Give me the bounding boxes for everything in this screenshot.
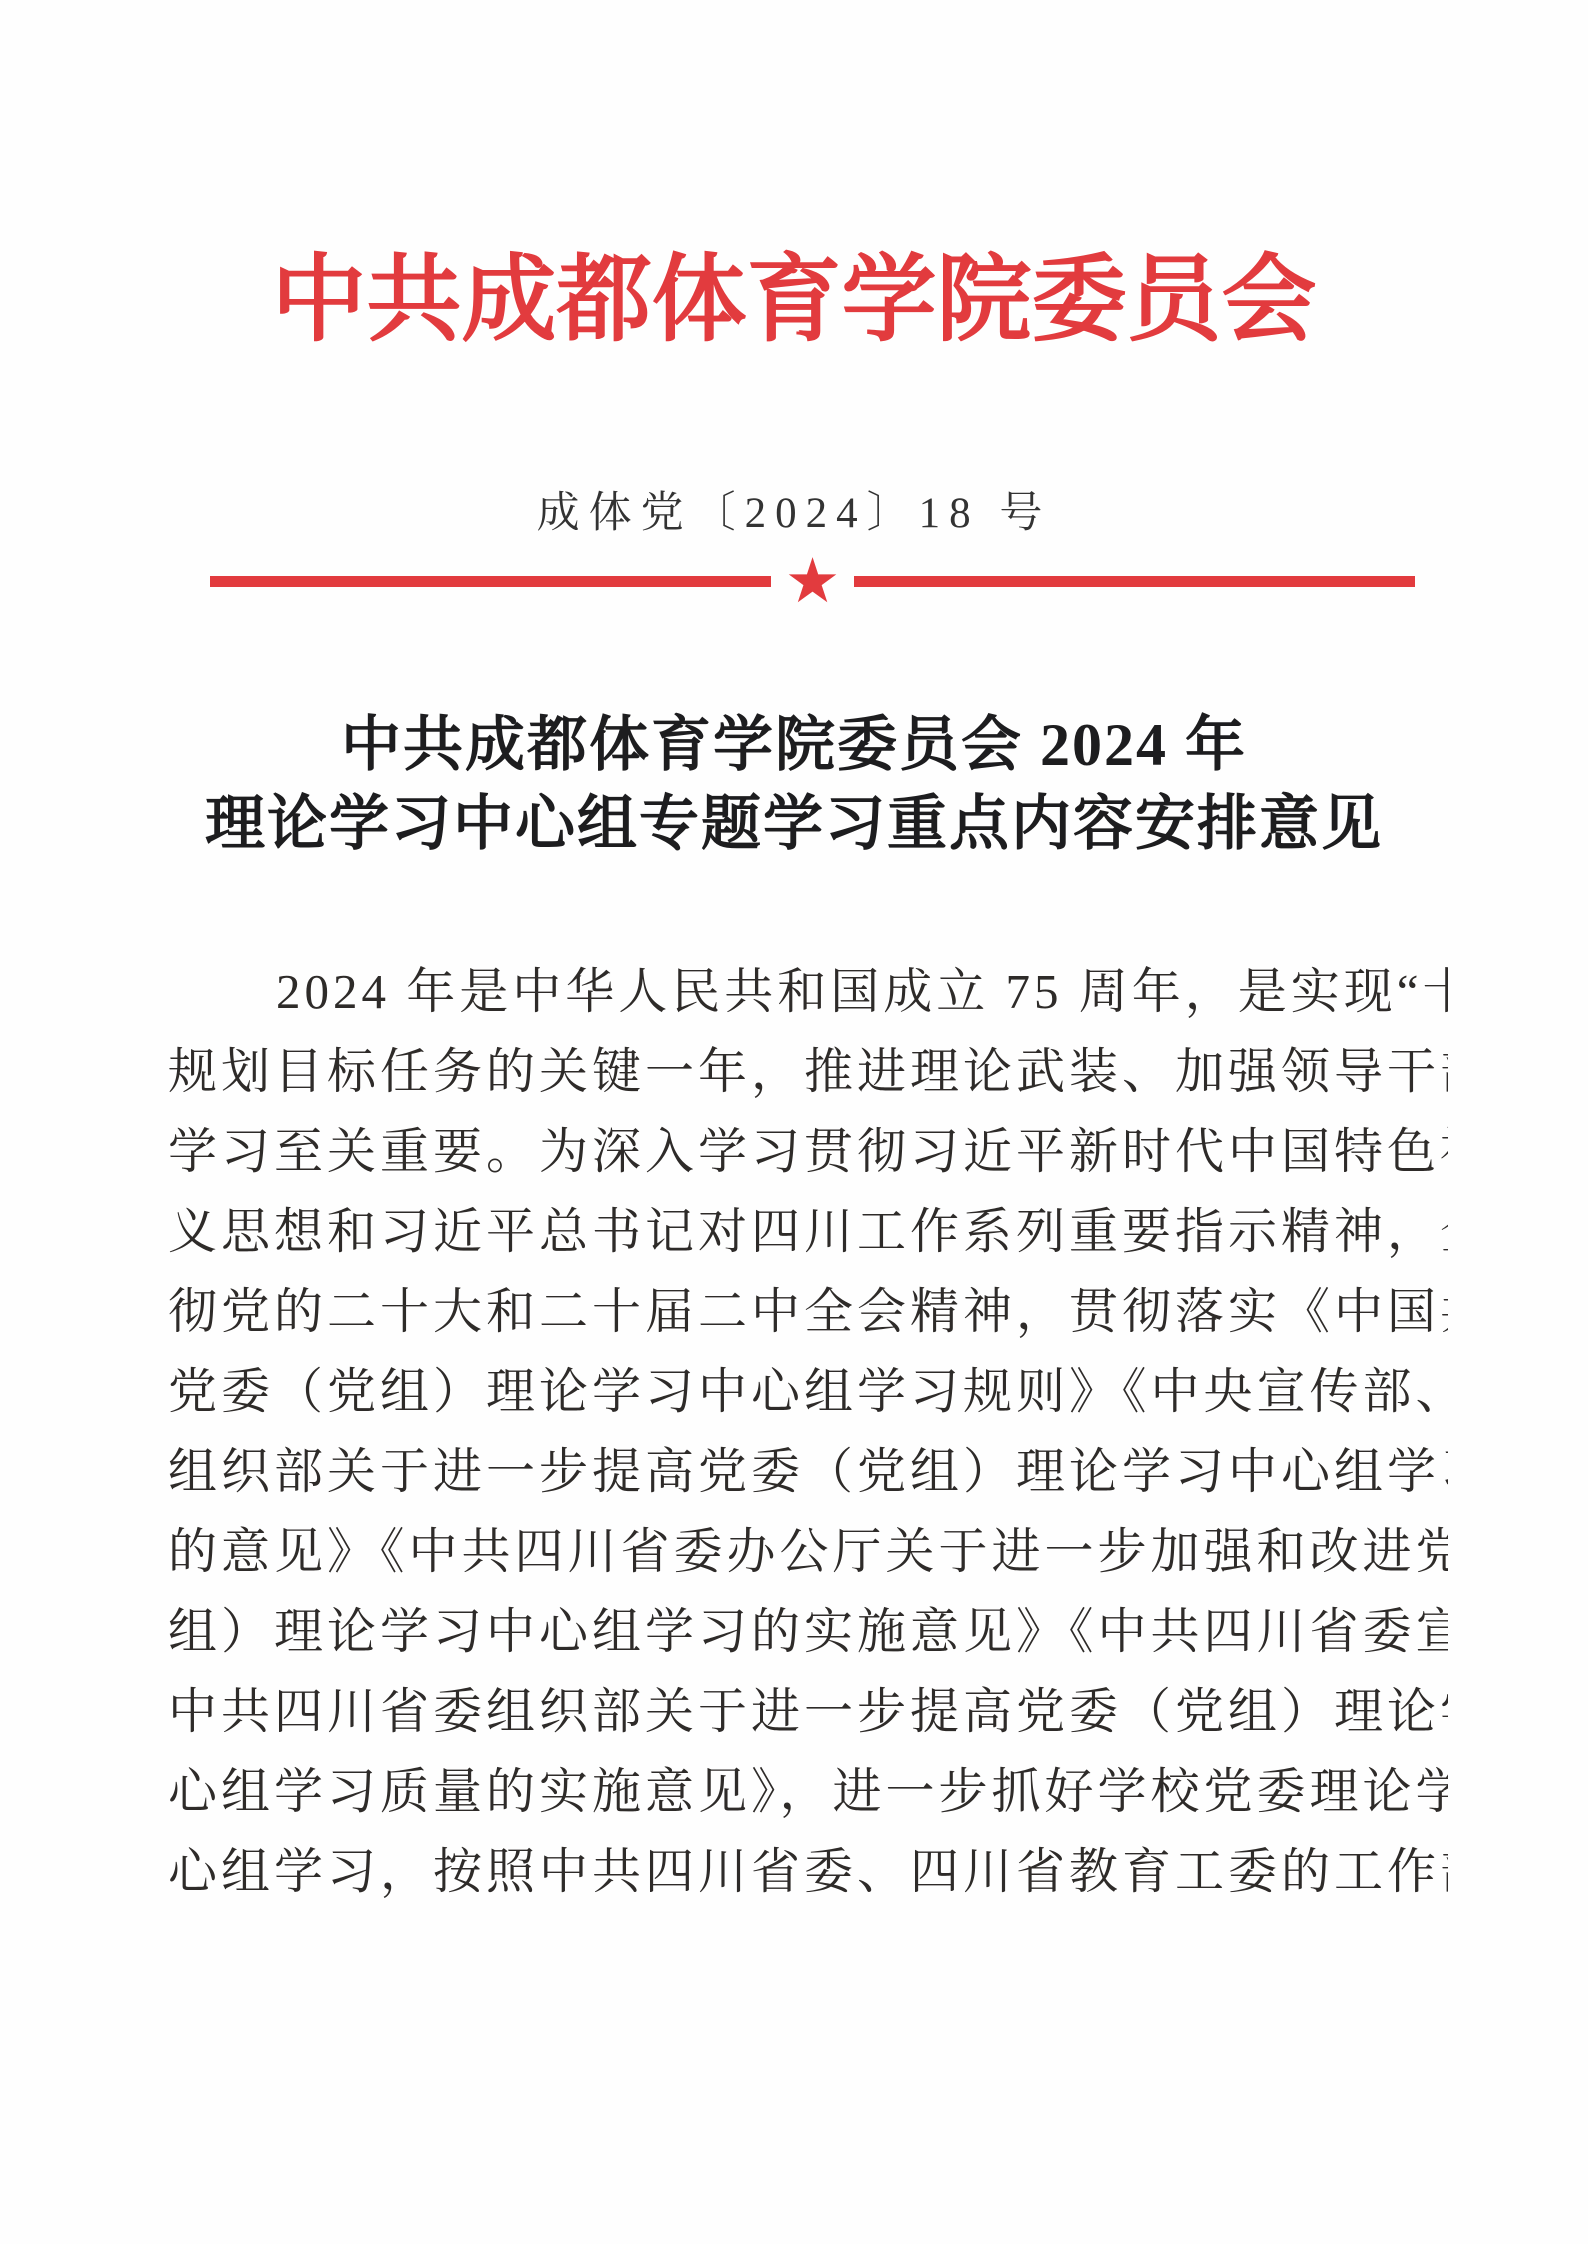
- red-divider: ★: [210, 552, 1415, 610]
- body-line: 中共四川省委组织部关于进一步提高党委（党组）理论学习中: [168, 1672, 1448, 1752]
- document-title: 中共成都体育学院委员会 2024 年 理论学习中心组专题学习重点内容安排意见: [0, 706, 1588, 864]
- document-page: 中共成都体育学院委员会 成体党〔2024〕18 号 ★ 中共成都体育学院委员会 …: [0, 0, 1588, 2244]
- star-icon: ★: [785, 552, 841, 610]
- document-title-line-2: 理论学习中心组专题学习重点内容安排意见: [0, 785, 1588, 864]
- divider-line-right: [854, 576, 1415, 587]
- body-line: 的意见》《中共四川省委办公厅关于进一步加强和改进党委（党: [168, 1512, 1448, 1592]
- body-line: 学习至关重要。为深入学习贯彻习近平新时代中国特色社会主: [168, 1112, 1448, 1192]
- issuing-authority-header: 中共成都体育学院委员会: [0, 244, 1588, 356]
- body-line: 规划目标任务的关键一年，推进理论武装、加强领导干部理论: [168, 1032, 1448, 1112]
- divider-line-left: [210, 576, 771, 587]
- body-line: 党委（党组）理论学习中心组学习规则》《中央宣传部、中央: [168, 1352, 1448, 1432]
- body-line: 义思想和习近平总书记对四川工作系列重要指示精神，全面贯: [168, 1192, 1448, 1272]
- body-line: 组）理论学习中心组学习的实施意见》《中共四川省委宣传部、: [168, 1592, 1448, 1672]
- document-body: 2024 年是中华人民共和国成立 75 周年，是实现“十四五” 规划目标任务的关…: [168, 952, 1448, 1912]
- body-line: 2024 年是中华人民共和国成立 75 周年，是实现“十四五”: [168, 952, 1448, 1032]
- body-line: 心组学习质量的实施意见》，进一步抓好学校党委理论学习中: [168, 1752, 1448, 1832]
- body-line: 组织部关于进一步提高党委（党组）理论学习中心组学习质量: [168, 1432, 1448, 1512]
- body-line: 心组学习，按照中共四川省委、四川省教育工委的工作部署和: [168, 1832, 1448, 1912]
- document-title-line-1: 中共成都体育学院委员会 2024 年: [0, 706, 1588, 785]
- document-number: 成体党〔2024〕18 号: [0, 488, 1588, 540]
- body-line: 彻党的二十大和二十届二中全会精神，贯彻落实《中国共产党: [168, 1272, 1448, 1352]
